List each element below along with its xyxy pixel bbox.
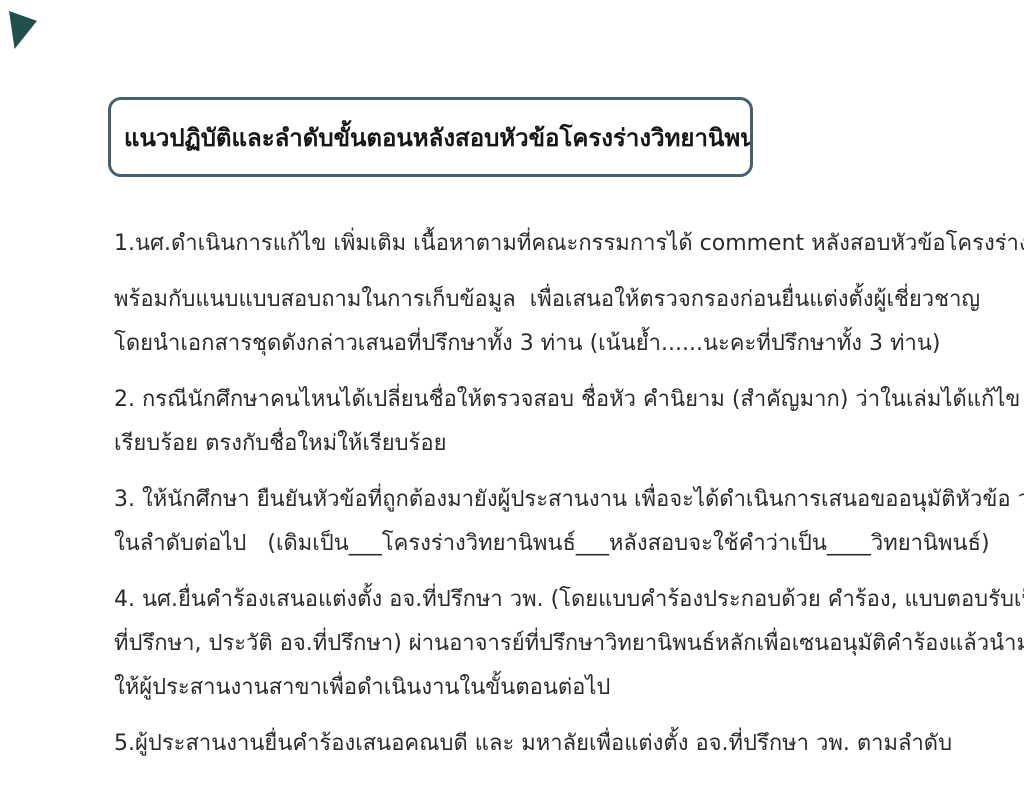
paragraph-4: 4. นศ.ยื่นคำร้องเสนอแต่งตั้ง อจ.ที่ปรึกษ… <box>114 578 974 710</box>
paragraph-2: 2. กรณีนักศึกษาคนไหนได้เปลี่ยนชื่อให้ตรว… <box>114 378 974 466</box>
paragraph-4-line-3: ให้ผู้ประสานงานสาขาเพื่อดำเนินงานในขั้นต… <box>114 666 974 710</box>
paragraph-4-line-2: ที่ปรึกษา, ประวัติ อจ.ที่ปรึกษา) ผ่านอาจ… <box>114 622 974 666</box>
paragraph-2-line-1: 2. กรณีนักศึกษาคนไหนได้เปลี่ยนชื่อให้ตรว… <box>114 378 974 422</box>
paragraph-1: 1.นศ.ดำเนินการแก้ไข เพิ่มเติม เนื้อหาตาม… <box>114 222 974 266</box>
paragraph-5: 5.ผู้ประสานงานยื่นคำร้องเสนอคณบดี และ มห… <box>114 722 974 766</box>
document-page: แนวปฏิบัติและลำดับขั้นตอนหลังสอบหัวข้อโค… <box>0 0 1024 791</box>
corner-decoration-triangle <box>9 11 37 49</box>
paragraph-3-line-1: 3. ให้นักศึกษา ยืนยันหัวข้อที่ถูกต้องมาย… <box>114 478 974 522</box>
document-body: 1.นศ.ดำเนินการแก้ไข เพิ่มเติม เนื้อหาตาม… <box>114 222 974 778</box>
paragraph-1-line-2: พร้อมกับแนบแบบสอบถามในการเก็บข้อมูล เพื่… <box>114 278 974 322</box>
paragraph-1-line-3: โดยนำเอกสารชุดดังกล่าวเสนอที่ปรึกษาทั้ง … <box>114 322 974 366</box>
title-callout-box: แนวปฏิบัติและลำดับขั้นตอนหลังสอบหัวข้อโค… <box>108 97 753 177</box>
paragraph-5-line-1: 5.ผู้ประสานงานยื่นคำร้องเสนอคณบดี และ มห… <box>114 722 974 766</box>
paragraph-4-line-1: 4. นศ.ยื่นคำร้องเสนอแต่งตั้ง อจ.ที่ปรึกษ… <box>114 578 974 622</box>
page-title: แนวปฏิบัติและลำดับขั้นตอนหลังสอบหัวข้อโค… <box>124 118 753 157</box>
paragraph-3: 3. ให้นักศึกษา ยืนยันหัวข้อที่ถูกต้องมาย… <box>114 478 974 566</box>
paragraph-2-line-2: เรียบร้อย ตรงกับชื่อใหม่ให้เรียบร้อย <box>114 422 974 466</box>
paragraph-1-line-1: 1.นศ.ดำเนินการแก้ไข เพิ่มเติม เนื้อหาตาม… <box>114 222 974 266</box>
paragraph-1-continued: พร้อมกับแนบแบบสอบถามในการเก็บข้อมูล เพื่… <box>114 278 974 366</box>
paragraph-3-line-2: ในลำดับต่อไป (เดิมเป็น___โครงร่างวิทยานิ… <box>114 522 974 566</box>
